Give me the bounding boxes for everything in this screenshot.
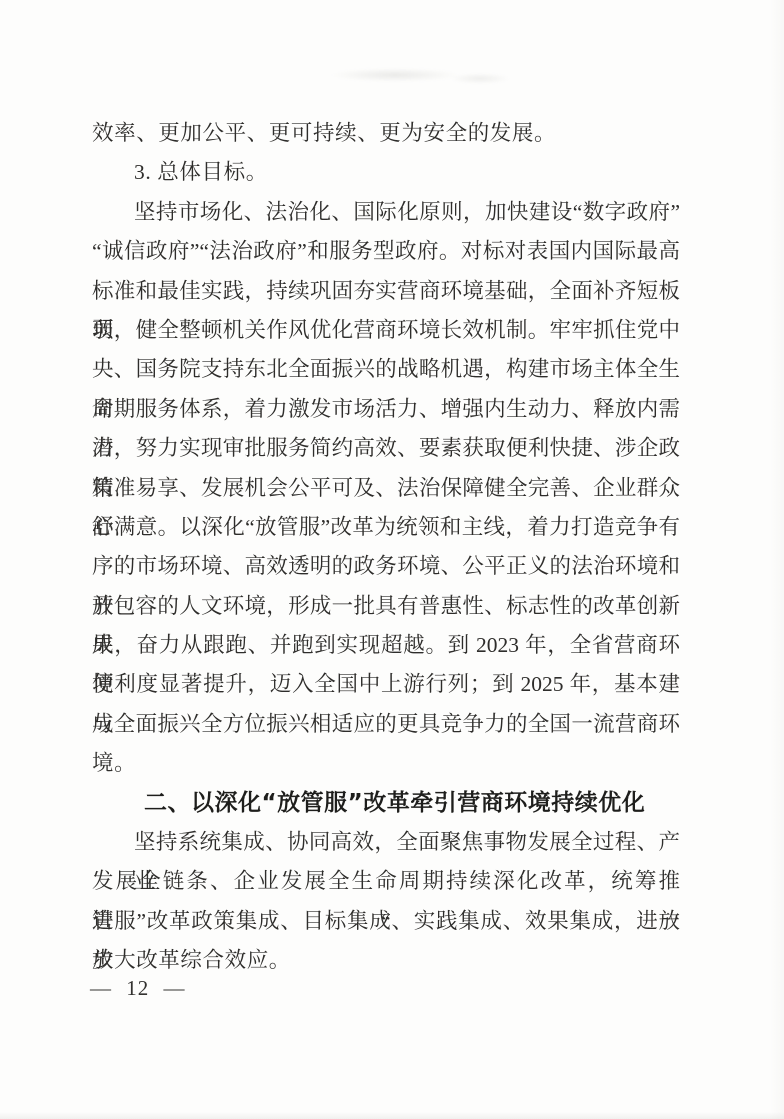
doc-line: 管服”改革政策集成、目标集成、实践集成、效果集成，进一步 <box>92 902 680 941</box>
doc-line: 与全面振兴全方位振兴相适应的更具竞争力的全国一流营商环 <box>92 705 680 744</box>
doc-line: 境。 <box>92 744 680 783</box>
doc-line: 央、国务院支持东北全面振兴的战略机遇，构建市场主体全生命 <box>92 350 680 389</box>
doc-line: 放大改革综合效应。 <box>92 941 680 980</box>
doc-line: 力，努力实现审批服务简约高效、要素获取便利快捷、涉企政策 <box>92 429 680 468</box>
doc-line: 周期服务体系，着力激发市场活力、增强内生动力、释放内需潜 <box>92 390 680 429</box>
doc-line: 序的市场环境、高效透明的政务环境、公平正义的法治环境和开 <box>92 547 680 586</box>
doc-line: “诚信政府”“法治政府”和服务型政府。对标对表国内国际最高 <box>92 232 680 271</box>
doc-line: 项，健全整顿机关作风优化营商环境长效机制。牢牢抓住党中 <box>92 311 680 350</box>
doc-line: 精准易享、发展机会公平可及、法治保障健全完善、企业群众舒 <box>92 469 680 508</box>
doc-line: 心满意。以深化“放管服”改革为统领和主线，着力打造竞争有 <box>92 508 680 547</box>
scan-artifact <box>330 68 460 82</box>
doc-line: 果，奋力从跟跑、并跑到实现超越。到 2023 年，全省营商环境 <box>92 626 680 665</box>
doc-line: 放包容的人文环境，形成一批具有普惠性、标志性的改革创新成 <box>92 587 680 626</box>
section-heading: 二、以深化“放管服”改革牵引营商环境持续优化 <box>92 784 680 823</box>
doc-line: 效率、更加公平、更可持续、更为安全的发展。 <box>92 114 680 153</box>
doc-line: 坚持市场化、法治化、国际化原则，加快建设“数字政府” <box>92 193 680 232</box>
doc-line: 标准和最佳实践，持续巩固夯实营商环境基础，全面补齐短板弱 <box>92 272 680 311</box>
page-number: — 12 — <box>90 976 186 1001</box>
doc-line: 发展全链条、企业发展全生命周期持续深化改革，统筹推进“放 <box>92 862 680 901</box>
doc-line: 坚持系统集成、协同高效，全面聚焦事物发展全过程、产业 <box>92 823 680 862</box>
scanned-document-page: 效率、更加公平、更可持续、更为安全的发展。 3. 总体目标。 坚持市场化、法治化… <box>0 0 784 1119</box>
doc-line: 3. 总体目标。 <box>92 153 680 192</box>
document-body: 效率、更加公平、更可持续、更为安全的发展。 3. 总体目标。 坚持市场化、法治化… <box>92 114 680 981</box>
scan-artifact <box>450 73 510 84</box>
doc-line: 便利度显著提升，迈入全国中上游行列；到 2025 年，基本建成 <box>92 665 680 704</box>
